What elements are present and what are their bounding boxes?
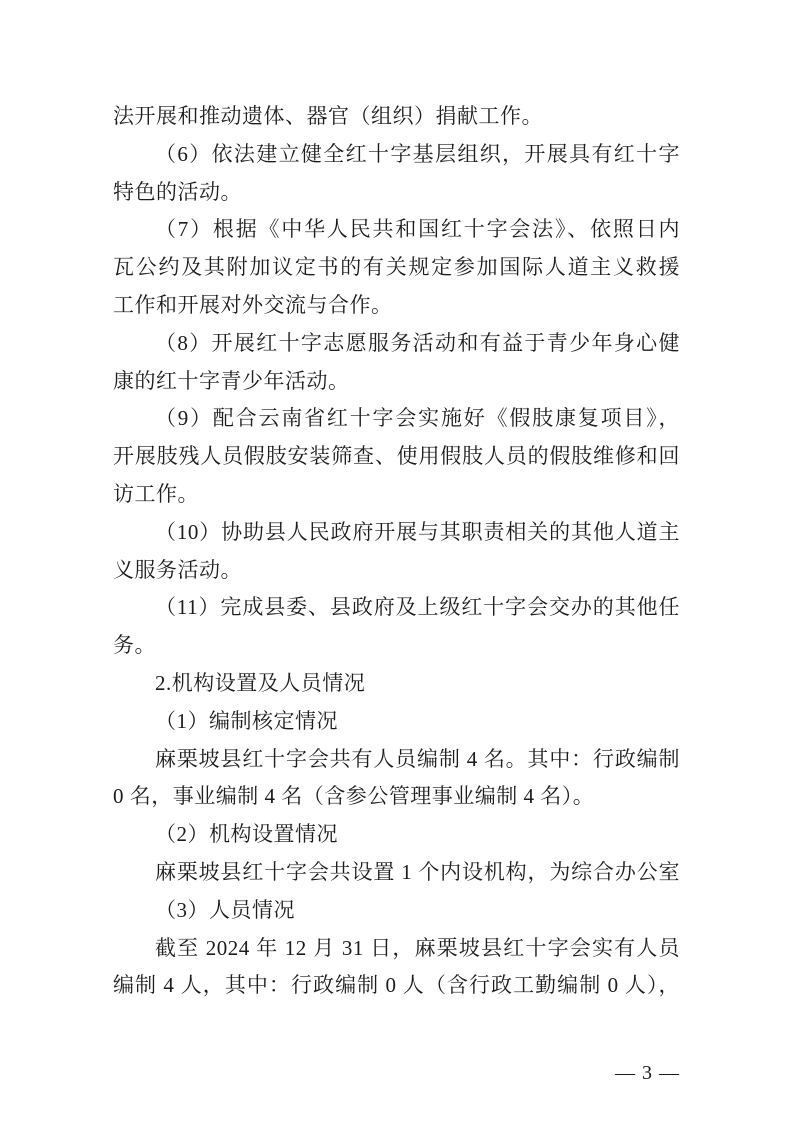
text-line: （3）人员情况 <box>113 892 680 930</box>
text-line: 访工作。 <box>113 476 680 514</box>
text-line: 瓦公约及其附加议定书的有关规定参加国际人道主义救援 <box>113 249 680 287</box>
text-line: （7）根据《中华人民共和国红十字会法》、依照日内 <box>113 211 680 249</box>
text-line: 麻栗坡县红十字会共有人员编制 4 名。其中：行政编制 <box>113 741 680 779</box>
text-line: （10）协助县人民政府开展与其职责相关的其他人道主 <box>113 514 680 552</box>
text-line: 截至 2024 年 12 月 31 日，麻栗坡县红十字会实有人员 <box>113 930 680 968</box>
text-line: 0 名，事业编制 4 名（含参公管理事业编制 4 名）。 <box>113 778 680 816</box>
text-line: （1）编制核定情况 <box>113 703 680 741</box>
text-line: （6）依法建立健全红十字基层组织，开展具有红十字 <box>113 136 680 174</box>
text-line: 编制 4 人，其中：行政编制 0 人（含行政工勤编制 0 人）， <box>113 967 680 1005</box>
text-line: （9）配合云南省红十字会实施好《假肢康复项目》， <box>113 400 680 438</box>
text-line: 特色的活动。 <box>113 174 680 212</box>
document-page: 法开展和推动遗体、器官（组织）捐献工作。（6）依法建立健全红十字基层组织，开展具… <box>0 0 793 1122</box>
text-line: 麻栗坡县红十字会共设置 1 个内设机构，为综合办公室 <box>113 854 680 892</box>
text-line: 务。 <box>113 627 680 665</box>
text-line: 开展肢残人员假肢安装筛查、使用假肢人员的假肢维修和回 <box>113 438 680 476</box>
page-number: — 3 — <box>615 1058 680 1088</box>
text-line: 2.机构设置及人员情况 <box>113 665 680 703</box>
text-line: （2）机构设置情况 <box>113 816 680 854</box>
text-line: 法开展和推动遗体、器官（组织）捐献工作。 <box>113 98 680 136</box>
text-line: （11）完成县委、县政府及上级红十字会交办的其他任 <box>113 589 680 627</box>
text-line: 工作和开展对外交流与合作。 <box>113 287 680 325</box>
text-line: 义服务活动。 <box>113 552 680 590</box>
text-block: 法开展和推动遗体、器官（组织）捐献工作。（6）依法建立健全红十字基层组织，开展具… <box>113 98 680 1005</box>
text-line: 康的红十字青少年活动。 <box>113 363 680 401</box>
text-line: （8）开展红十字志愿服务活动和有益于青少年身心健 <box>113 325 680 363</box>
